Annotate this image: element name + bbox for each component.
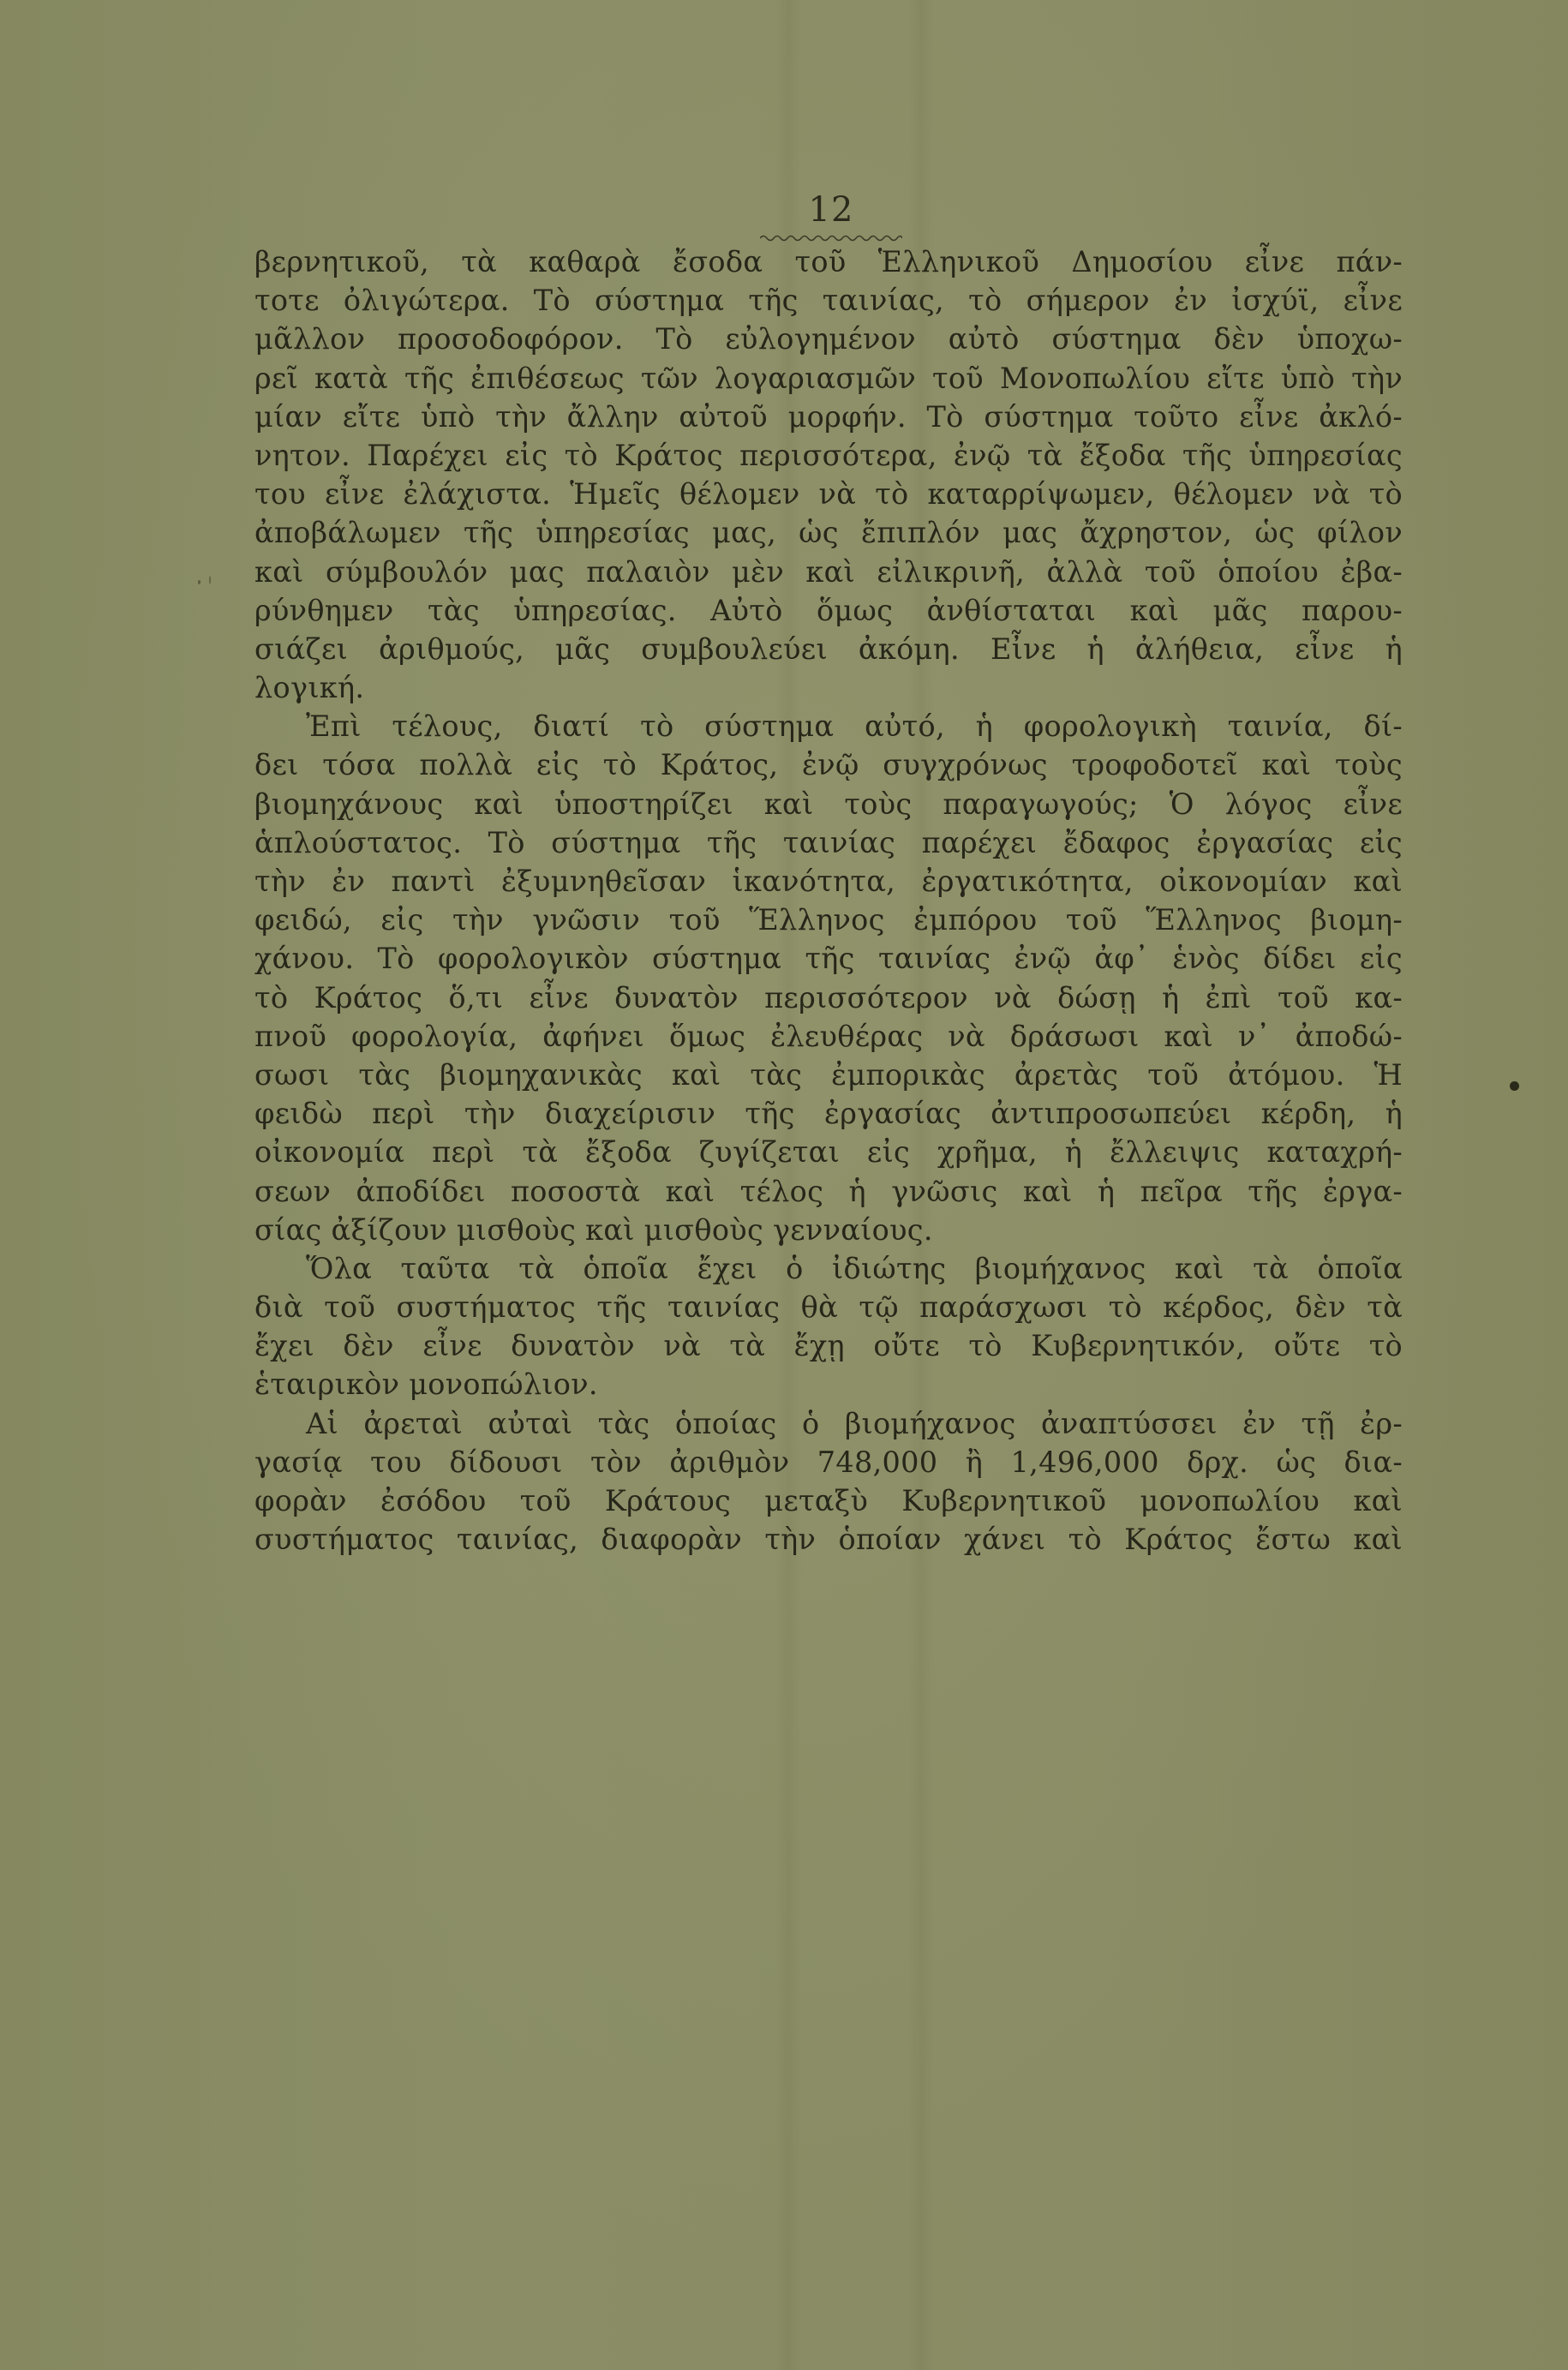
paragraph: Αἱ ἀρεταὶ αὐταὶ τὰς ὁποίας ὁ βιομήχανος … [254, 1404, 1403, 1559]
text-line: χάνου. Τὸ φορολογικὸν σύστημα τῆς ταινία… [254, 939, 1403, 978]
text-line: ἀποβάλωμεν τῆς ὑπηρεσίας μας, ὡς ἔπιπλόν… [254, 513, 1403, 552]
paragraph: Ἐπὶ τέλους, διατί τὸ σύστημα αὐτό, ἡ φορ… [254, 707, 1403, 1249]
paragraph: Ὅλα ταῦτα τὰ ὁποῖα ἔχει ὁ ἰδιώτης βιομήχ… [254, 1249, 1403, 1404]
paragraph: βερνητικοῦ, τὰ καθαρὰ ἔσοδα τοῦ Ἑλληνικο… [254, 242, 1403, 707]
wavy-rule-ornament [760, 231, 902, 243]
text-line: μᾶλλον προσοδοφόρον. Τὸ εὐλογημένον αὐτὸ… [254, 320, 1403, 358]
text-line: φειδὼ περὶ τὴν διαχείρισιν τῆς ἐργασίας … [254, 1094, 1403, 1133]
text-line: δει τόσα πολλὰ εἰς τὸ Κράτος, ἐνῷ συγχρό… [254, 745, 1403, 784]
body-text: βερνητικοῦ, τὰ καθαρὰ ἔσοδα τοῦ Ἑλληνικο… [254, 242, 1403, 1559]
text-line: φορὰν ἐσόδου τοῦ Κράτους μεταξὺ Κυβερνητ… [254, 1481, 1403, 1520]
text-line: λογική. [254, 668, 1403, 707]
text-line: ἑταιρικὸν μονοπώλιον. [254, 1365, 1403, 1403]
text-line: τὴν ἐν παντὶ ἐξυμνηθεῖσαν ἱκανότητα, ἐργ… [254, 862, 1403, 901]
text-line: φειδώ, εἰς τὴν γνῶσιν τοῦ Ἕλληνος ἐμπόρο… [254, 901, 1403, 939]
ink-speck [198, 580, 200, 584]
text-line: τὸ Κράτος ὅ,τι εἶνε δυνατὸν περισσότερον… [254, 979, 1403, 1017]
text-line: οἰκονομία περὶ τὰ ἔξοδα ζυγίζεται εἰς χρ… [254, 1133, 1403, 1171]
text-line: ρεῖ κατὰ τῆς ἐπιθέσεως τῶν λογαριασμῶν τ… [254, 359, 1403, 398]
text-line: τοτε ὀλιγώτερα. Τὸ σύστημα τῆς ταινίας, … [254, 281, 1403, 320]
text-line: ἁπλούστατος. Τὸ σύστημα τῆς ταινίας παρέ… [254, 823, 1403, 862]
text-line: σωσι τὰς βιομηχανικὰς καὶ τὰς ἐμπορικὰς … [254, 1056, 1403, 1094]
text-line: γασίᾳ του δίδουσι τὸν ἀριθμὸν 748,000 ἢ … [254, 1443, 1403, 1481]
page-number: 12 [801, 190, 861, 230]
text-line: βερνητικοῦ, τὰ καθαρὰ ἔσοδα τοῦ Ἑλληνικο… [254, 242, 1403, 281]
text-line: σιάζει ἀριθμούς, μᾶς συμβουλεύει ἀκόμη. … [254, 630, 1403, 668]
text-line: σεων ἀποδίδει ποσοστὰ καὶ τέλος ἡ γνῶσις… [254, 1172, 1403, 1211]
scanned-page: 12 βερνητικοῦ, τὰ καθαρὰ ἔσοδα τοῦ Ἑλλην… [0, 0, 1568, 2370]
text-line: ρύνθημεν τὰς ὑπηρεσίας. Αὐτὸ ὅμως ἀνθίστ… [254, 591, 1403, 630]
text-line: συστήματος ταινίας, διαφορὰν τὴν ὁποίαν … [254, 1520, 1403, 1559]
text-line: Αἱ ἀρεταὶ αὐταὶ τὰς ὁποίας ὁ βιομήχανος … [254, 1404, 1403, 1443]
ink-speck [209, 576, 211, 584]
text-line: νητον. Παρέχει εἰς τὸ Κράτος περισσότερα… [254, 436, 1403, 475]
text-line: Ἐπὶ τέλους, διατί τὸ σύστημα αὐτό, ἡ φορ… [254, 707, 1403, 745]
text-line: βιομηχάνους καὶ ὑποστηρίζει καὶ τοὺς παρ… [254, 785, 1403, 823]
ink-speck [1510, 1081, 1519, 1091]
text-line: μίαν εἴτε ὑπὸ τὴν ἄλλην αὐτοῦ μορφήν. Τὸ… [254, 398, 1403, 436]
text-line: σίας ἀξίζουν μισθοὺς καὶ μισθοὺς γενναίο… [254, 1211, 1403, 1249]
text-line: διὰ τοῦ συστήματος τῆς ταινίας θὰ τῷ παρ… [254, 1288, 1403, 1326]
text-line: Ὅλα ταῦτα τὰ ὁποῖα ἔχει ὁ ἰδιώτης βιομήχ… [254, 1249, 1403, 1288]
text-line: ἔχει δὲν εἶνε δυνατὸν νὰ τὰ ἔχῃ οὔτε τὸ … [254, 1326, 1403, 1365]
text-line: του εἶνε ἐλάχιστα. Ἡμεῖς θέλομεν νὰ τὸ κ… [254, 475, 1403, 513]
text-line: πνοῦ φορολογία, ἀφήνει ὅμως ἐλευθέρας νὰ… [254, 1017, 1403, 1056]
text-line: καὶ σύμβουλόν μας παλαιὸν μὲν καὶ εἰλικρ… [254, 553, 1403, 591]
